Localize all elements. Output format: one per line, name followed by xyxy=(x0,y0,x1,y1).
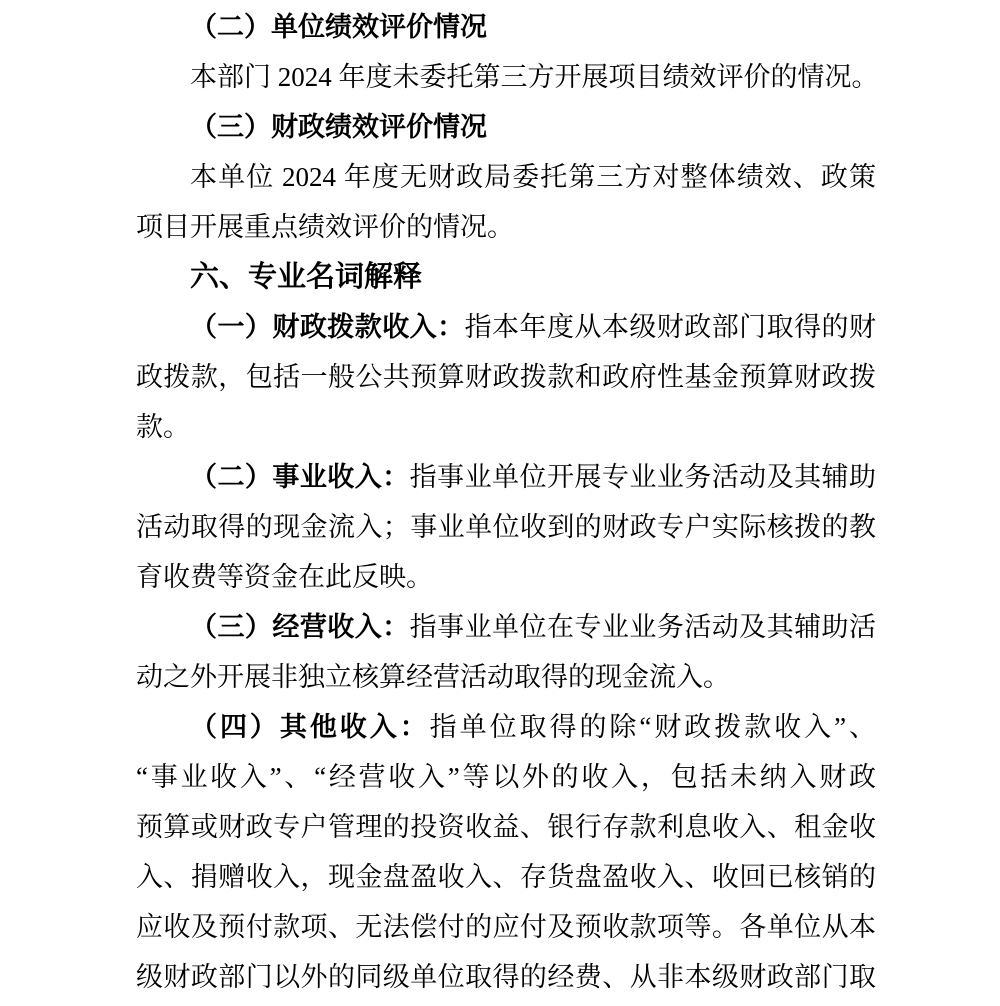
text-segment: 项目开展重点绩效评价的情况。 xyxy=(136,212,514,242)
term-operating-income-line3: 育收费等资金在此反映。 xyxy=(136,552,876,602)
text-segment: 款。 xyxy=(136,412,190,442)
term-label: （三）经营收入： xyxy=(190,612,410,642)
term-label: （四）其他收入： xyxy=(190,712,430,742)
text-segment: 活动取得的现金流入；事业单位收到的财政专户实际核拨的教 xyxy=(136,512,876,542)
text-segment: 指事业单位开展专业业务活动及其辅助 xyxy=(410,462,876,492)
term-other-income-line3: 预算或财政专户管理的投资收益、银行存款利息收入、租金收 xyxy=(136,802,876,852)
term-other-income-line6: 级财政部门以外的同级单位取得的经费、从非本级财政部门取 xyxy=(136,952,876,1002)
text-segment: 六、专业名词解释 xyxy=(190,261,422,293)
text-segment: 育收费等资金在此反映。 xyxy=(136,562,433,592)
term-label: （二）事业收入： xyxy=(190,462,410,492)
term-label: （一）财政拨款收入： xyxy=(190,312,465,342)
para-fiscal-performance-line2: 项目开展重点绩效评价的情况。 xyxy=(136,202,876,252)
term-fiscal-appropriation-income-line1: （一）财政拨款收入：指本年度从本级财政部门取得的财 xyxy=(136,302,876,352)
text-segment: （三）财政绩效评价情况 xyxy=(190,112,487,142)
text-segment: 指事业单位在专业业务活动及其辅助活 xyxy=(410,612,876,642)
heading-fiscal-performance-evaluation: （三）财政绩效评价情况 xyxy=(136,102,876,152)
term-other-income-line2: “事业收入”、“经营收入”等以外的收入，包括未纳入财政 xyxy=(136,752,876,802)
term-other-income-line5: 应收及预付款项、无法偿付的应付及预收款项等。各单位从本 xyxy=(136,902,876,952)
document-content: （二）单位绩效评价情况本部门 2024 年度未委托第三方开展项目绩效评价的情况。… xyxy=(136,2,876,1002)
text-segment: “事业收入”、“经营收入”等以外的收入，包括未纳入财政 xyxy=(136,762,876,792)
text-segment: 级财政部门以外的同级单位取得的经费、从非本级财政部门取 xyxy=(136,962,876,992)
term-fiscal-appropriation-income-line2: 政拨款，包括一般公共预算财政拨款和政府性基金预算财政拨 xyxy=(136,352,876,402)
text-segment: （二）单位绩效评价情况 xyxy=(190,12,487,42)
text-segment: 政拨款，包括一般公共预算财政拨款和政府性基金预算财政拨 xyxy=(136,362,876,392)
heading-terminology: 六、专业名词解释 xyxy=(136,252,876,302)
para-unit-performance-text: 本部门 2024 年度未委托第三方开展项目绩效评价的情况。 xyxy=(136,52,876,102)
heading-unit-performance-evaluation: （二）单位绩效评价情况 xyxy=(136,2,876,52)
text-segment: 指单位取得的除“财政拨款收入”、 xyxy=(430,712,876,742)
term-operating-income-line1: （二）事业收入：指事业单位开展专业业务活动及其辅助 xyxy=(136,452,876,502)
text-segment: 入、捐赠收入，现金盘盈收入、存货盘盈收入、收回已核销的 xyxy=(136,862,876,892)
term-fiscal-appropriation-income-line3: 款。 xyxy=(136,402,876,452)
text-segment: 预算或财政专户管理的投资收益、银行存款利息收入、租金收 xyxy=(136,812,876,842)
text-segment: 指本年度从本级财政部门取得的财 xyxy=(465,312,876,342)
term-business-income-line1: （三）经营收入：指事业单位在专业业务活动及其辅助活 xyxy=(136,602,876,652)
term-other-income-line1: （四）其他收入：指单位取得的除“财政拨款收入”、 xyxy=(136,702,876,752)
text-segment: 本部门 2024 年度未委托第三方开展项目绩效评价的情况。 xyxy=(190,62,879,92)
text-segment: 本单位 2024 年度无财政局委托第三方对整体绩效、政策或 xyxy=(190,162,876,202)
document-page: （二）单位绩效评价情况本部门 2024 年度未委托第三方开展项目绩效评价的情况。… xyxy=(0,0,1000,1006)
text-segment: 应收及预付款项、无法偿付的应付及预收款项等。各单位从本 xyxy=(136,912,876,942)
term-other-income-line4: 入、捐赠收入，现金盘盈收入、存货盘盈收入、收回已核销的 xyxy=(136,852,876,902)
para-fiscal-performance-line1: 本单位 2024 年度无财政局委托第三方对整体绩效、政策或 xyxy=(136,152,876,202)
text-segment: 动之外开展非独立核算经营活动取得的现金流入。 xyxy=(136,662,730,692)
term-business-income-line2: 动之外开展非独立核算经营活动取得的现金流入。 xyxy=(136,652,876,702)
term-operating-income-line2: 活动取得的现金流入；事业单位收到的财政专户实际核拨的教 xyxy=(136,502,876,552)
